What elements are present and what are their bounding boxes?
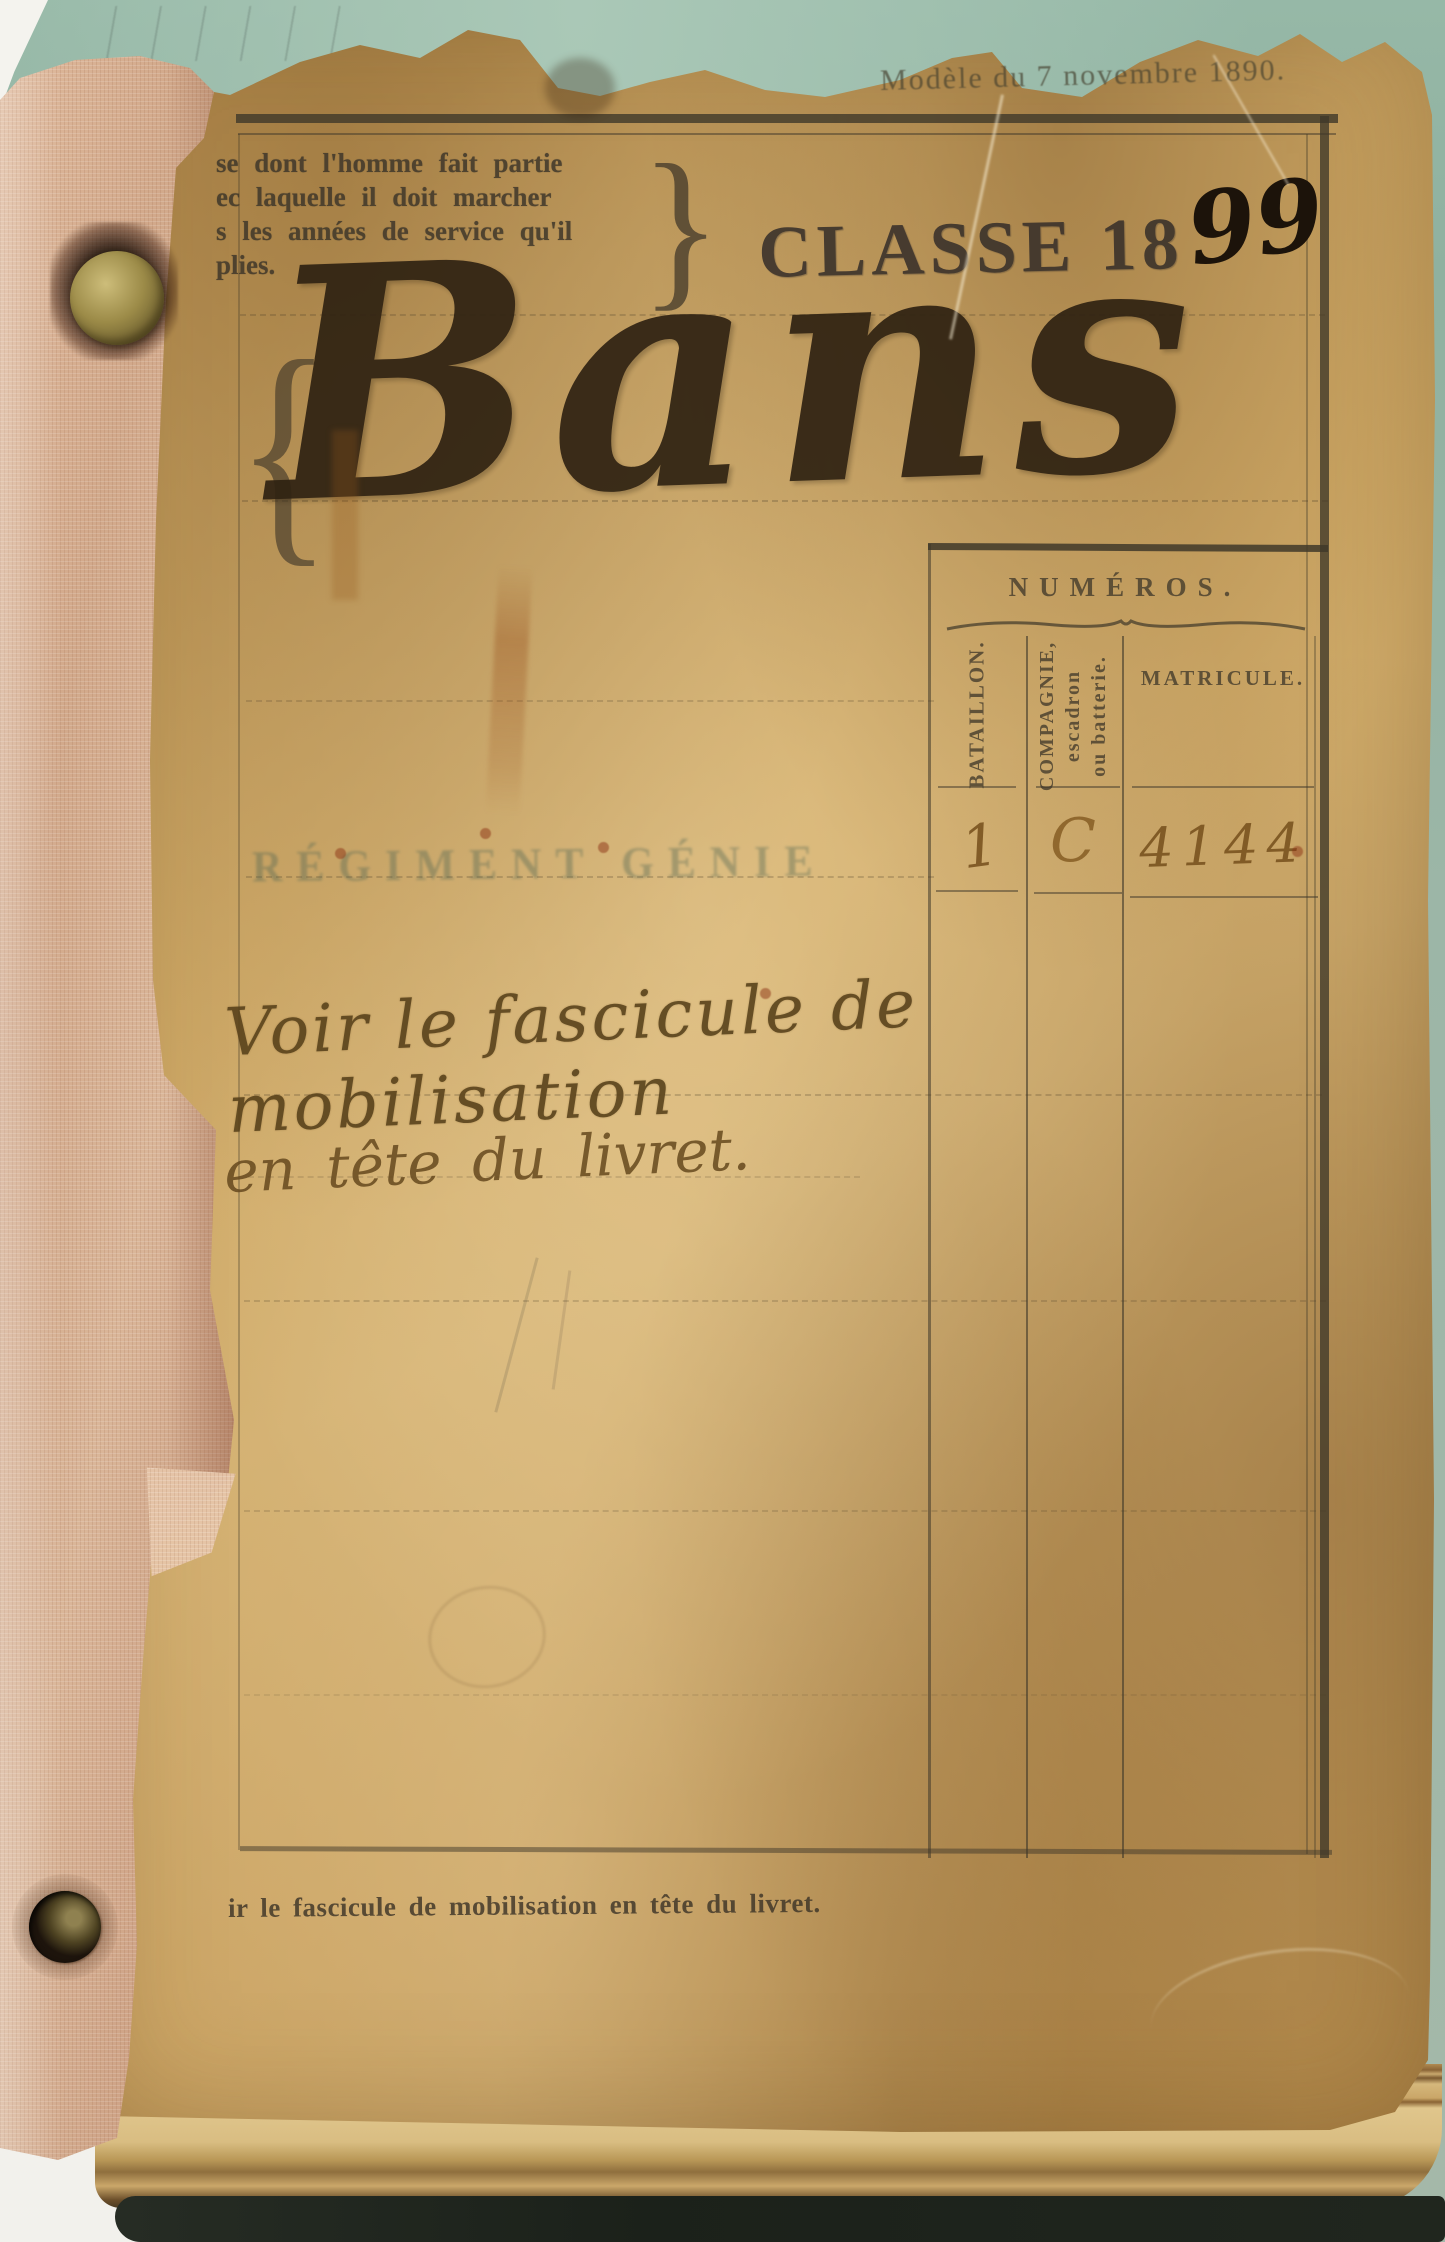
faded-regiment-stamp: RÉGIMENT GÉNIE bbox=[252, 835, 932, 893]
entry-bataillon-value: 1 bbox=[936, 807, 1025, 885]
table-entry-underline bbox=[1130, 896, 1318, 898]
frame-right-thick bbox=[1320, 116, 1329, 1858]
scanned-booklet-cover: se dont l'homme fait partie ec laquelle … bbox=[0, 0, 1445, 2242]
compagnie-line: escadron bbox=[1060, 636, 1086, 796]
bottom-dark-edge bbox=[115, 2196, 1445, 2242]
metal-eyelet bbox=[29, 1891, 101, 1963]
compagnie-line: ou batterie. bbox=[1086, 636, 1112, 796]
table-entry-underline bbox=[1034, 892, 1122, 894]
dashed-rule bbox=[244, 1300, 1326, 1302]
dashed-rule bbox=[244, 1694, 1326, 1696]
table-left-border bbox=[928, 544, 931, 1858]
footer-printed-note: ir le fascicule de mobilisation en tête … bbox=[228, 1887, 928, 1924]
classe-year-handwritten: 99 bbox=[1180, 156, 1331, 289]
table-brace-squiggle bbox=[945, 616, 1307, 634]
table-col-header-compagnie: COMPAGNIE, escadron ou batterie. bbox=[1034, 636, 1114, 796]
frame-right-thin bbox=[1306, 134, 1308, 1854]
compagnie-line: COMPAGNIE, bbox=[1034, 636, 1060, 796]
frame-top-thick bbox=[236, 114, 1338, 123]
table-group-header: NUMÉROS. bbox=[940, 572, 1310, 603]
entry-compagnie-value: C bbox=[1028, 806, 1118, 876]
frame-top-thin bbox=[238, 133, 1336, 135]
table-col-header-bataillon: BATAILLON. bbox=[965, 640, 990, 790]
intro-line: se dont l'homme fait partie bbox=[216, 146, 676, 180]
dashed-rule bbox=[244, 1510, 1326, 1512]
dashed-rule bbox=[246, 700, 934, 702]
table-header-underline bbox=[1132, 786, 1314, 788]
title-handwritten: Bans bbox=[261, 196, 1210, 549]
table-header-underline bbox=[1036, 786, 1120, 788]
table-entry-underline bbox=[936, 890, 1018, 892]
table-column-divider bbox=[1122, 636, 1124, 1858]
table-col-header-matricule: MATRICULE. bbox=[1130, 666, 1316, 691]
entry-matricule-value: 4144 bbox=[1127, 811, 1321, 881]
table-header-underline bbox=[938, 786, 1016, 788]
brass-rivet bbox=[70, 251, 164, 345]
pencil-scribble-marks bbox=[95, 6, 355, 61]
